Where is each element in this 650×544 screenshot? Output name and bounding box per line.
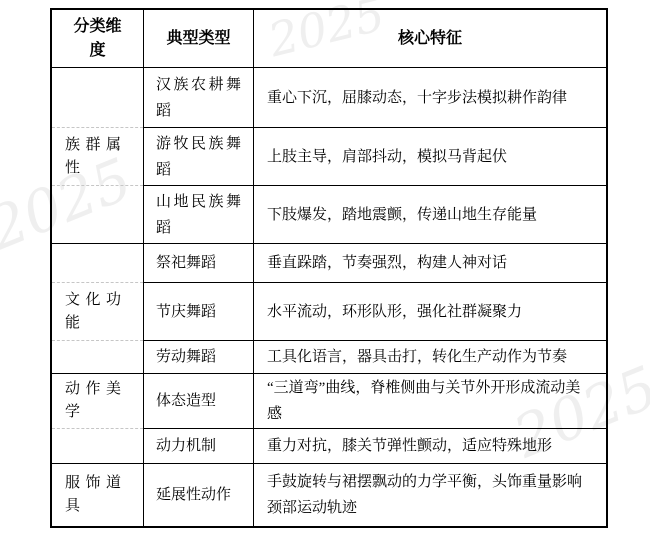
type-cell: 体态造型 bbox=[143, 373, 253, 428]
dimension-cell bbox=[52, 243, 143, 282]
dimension-label: 动作美学 bbox=[65, 378, 121, 424]
dimension-cell bbox=[52, 185, 143, 243]
dimension-label: 文化功能 bbox=[65, 289, 121, 335]
header-feature: 核心特征 bbox=[253, 10, 606, 67]
type-cell: 延展性动作 bbox=[143, 463, 253, 526]
type-label: 山地民族舞蹈 bbox=[156, 189, 241, 241]
feature-cell: 工具化语言，器具击打，转化生产动作为节奏 bbox=[253, 340, 606, 373]
type-cell: 祭祀舞蹈 bbox=[143, 243, 253, 282]
feature-text: 上肢主导，肩部抖动，模拟马背起伏 bbox=[267, 144, 593, 170]
table-row: 汉族农耕舞蹈 重心下沉，屈膝动态，十字步法模拟耕作韵律 bbox=[52, 67, 606, 127]
feature-cell: 重心下沉，屈膝动态，十字步法模拟耕作韵律 bbox=[253, 67, 606, 127]
header-row: 分类维度 典型类型 核心特征 bbox=[52, 10, 606, 67]
type-label: 节庆舞蹈 bbox=[156, 299, 241, 325]
type-label: 劳动舞蹈 bbox=[156, 344, 241, 370]
header-feature-label: 核心特征 bbox=[398, 30, 462, 47]
type-label: 延展性动作 bbox=[156, 482, 241, 508]
header-type-label: 典型类型 bbox=[166, 30, 230, 47]
dimension-cell bbox=[52, 67, 143, 127]
table-row: 族群属性 游牧民族舞蹈 上肢主导，肩部抖动，模拟马背起伏 bbox=[52, 127, 606, 185]
table-row: 动力机制 重力对抗，膝关节弹性颤动，适应特殊地形 bbox=[52, 428, 606, 463]
dimension-label: 族群属性 bbox=[65, 134, 121, 180]
feature-text: 水平流动，环形队形，强化社群凝聚力 bbox=[267, 299, 593, 325]
feature-text: “三道弯”曲线，脊椎侧曲与关节外开形成流动美感 bbox=[267, 375, 593, 427]
type-label: 汉族农耕舞蹈 bbox=[156, 72, 241, 124]
type-cell: 山地民族舞蹈 bbox=[143, 185, 253, 243]
feature-text: 手鼓旋转与裙摆飘动的力学平衡，头饰重量影响颈部运动轨迹 bbox=[267, 469, 593, 521]
dimension-cell: 族群属性 bbox=[52, 127, 143, 185]
header-dimension: 分类维度 bbox=[52, 10, 143, 67]
feature-text: 下肢爆发，踏地震颤，传递山地生存能量 bbox=[267, 202, 593, 228]
feature-text: 重心下沉，屈膝动态，十字步法模拟耕作韵律 bbox=[267, 85, 593, 111]
type-cell: 节庆舞蹈 bbox=[143, 282, 253, 340]
table-row: 文化功能 节庆舞蹈 水平流动，环形队形，强化社群凝聚力 bbox=[52, 282, 606, 340]
feature-cell: “三道弯”曲线，脊椎侧曲与关节外开形成流动美感 bbox=[253, 373, 606, 428]
dimension-cell: 动作美学 bbox=[52, 373, 143, 428]
dimension-cell: 服饰道具 bbox=[52, 463, 143, 526]
type-cell: 游牧民族舞蹈 bbox=[143, 127, 253, 185]
dance-classification-table: 分类维度 典型类型 核心特征 汉族农耕舞蹈 重心下沉，屈膝动态，十字步法模拟耕作… bbox=[50, 8, 608, 528]
type-label: 游牧民族舞蹈 bbox=[156, 131, 241, 183]
dimension-cell: 文化功能 bbox=[52, 282, 143, 340]
dimension-cell bbox=[52, 340, 143, 373]
feature-cell: 水平流动，环形队形，强化社群凝聚力 bbox=[253, 282, 606, 340]
header-type: 典型类型 bbox=[143, 10, 253, 67]
feature-cell: 手鼓旋转与裙摆飘动的力学平衡，头饰重量影响颈部运动轨迹 bbox=[253, 463, 606, 526]
type-cell: 汉族农耕舞蹈 bbox=[143, 67, 253, 127]
feature-cell: 垂直跺踏，节奏强烈，构建人神对话 bbox=[253, 243, 606, 282]
header-dimension-label: 分类维度 bbox=[72, 15, 124, 63]
feature-text: 垂直跺踏，节奏强烈，构建人神对话 bbox=[267, 250, 593, 276]
feature-text: 工具化语言，器具击打，转化生产动作为节奏 bbox=[267, 344, 593, 370]
feature-cell: 下肢爆发，踏地震颤，传递山地生存能量 bbox=[253, 185, 606, 243]
table-row: 动作美学 体态造型 “三道弯”曲线，脊椎侧曲与关节外开形成流动美感 bbox=[52, 373, 606, 428]
type-label: 动力机制 bbox=[156, 433, 241, 459]
feature-cell: 上肢主导，肩部抖动，模拟马背起伏 bbox=[253, 127, 606, 185]
feature-text: 重力对抗，膝关节弹性颤动，适应特殊地形 bbox=[267, 433, 593, 459]
type-label: 体态造型 bbox=[156, 388, 241, 414]
table-row: 祭祀舞蹈 垂直跺踏，节奏强烈，构建人神对话 bbox=[52, 243, 606, 282]
table-row: 山地民族舞蹈 下肢爆发，踏地震颤，传递山地生存能量 bbox=[52, 185, 606, 243]
type-label: 祭祀舞蹈 bbox=[156, 250, 241, 276]
feature-cell: 重力对抗，膝关节弹性颤动，适应特殊地形 bbox=[253, 428, 606, 463]
dimension-cell bbox=[52, 428, 143, 463]
table-row: 服饰道具 延展性动作 手鼓旋转与裙摆飘动的力学平衡，头饰重量影响颈部运动轨迹 bbox=[52, 463, 606, 526]
type-cell: 劳动舞蹈 bbox=[143, 340, 253, 373]
type-cell: 动力机制 bbox=[143, 428, 253, 463]
dimension-label: 服饰道具 bbox=[65, 472, 121, 518]
table-row: 劳动舞蹈 工具化语言，器具击打，转化生产动作为节奏 bbox=[52, 340, 606, 373]
